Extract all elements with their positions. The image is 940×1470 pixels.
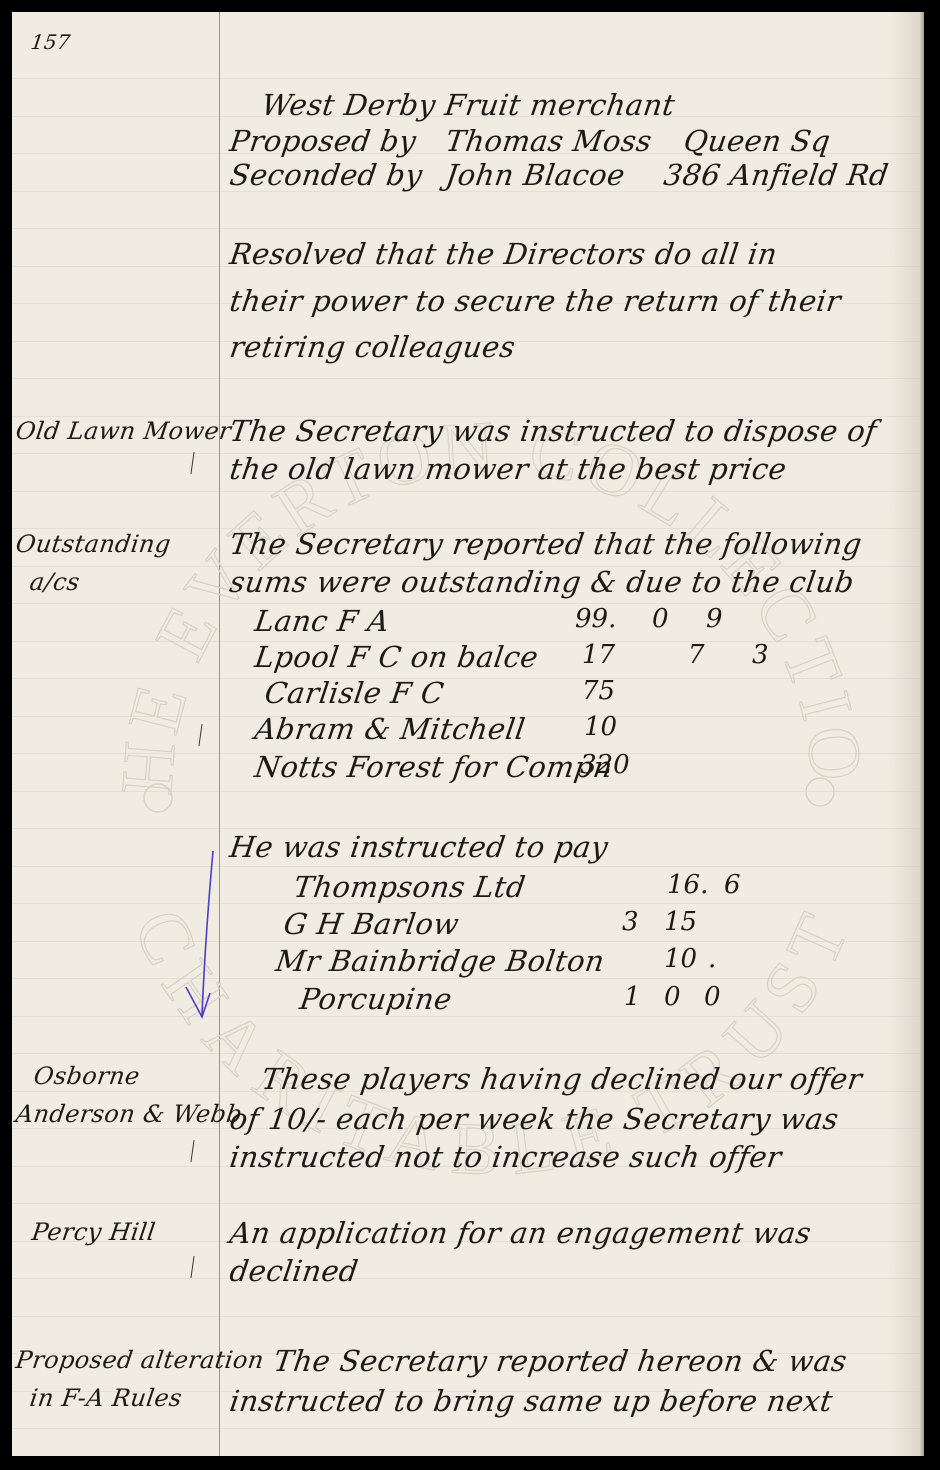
proposed-by-address: Queen Sq <box>682 124 833 158</box>
debtor-name: Notts Forest for Compn <box>253 750 615 784</box>
blue-pencil-arrow-icon <box>180 847 220 1027</box>
amount-pounds: 75 <box>582 676 615 706</box>
amount-shillings: 7 <box>688 640 705 670</box>
ruled-line <box>12 228 924 229</box>
debtor-name: Carlisle F C <box>263 676 447 710</box>
resolution-line: retiring colleagues <box>228 330 518 364</box>
amount-shillings: 10 <box>664 944 697 974</box>
payee-name: Mr Bainbridge Bolton <box>274 944 607 978</box>
amount-shillings: 16. <box>667 870 708 900</box>
payee-name: Porcupine <box>298 982 455 1016</box>
ruled-line <box>12 603 924 604</box>
entry-line: The Secretary reported that the followin… <box>228 527 865 561</box>
entry-line: The Secretary was instructed to dispose … <box>228 414 879 448</box>
margin-note-outstanding: Outstanding <box>14 530 173 558</box>
entry-line: An application for an engagement was <box>228 1216 814 1250</box>
margin-tick <box>190 1140 194 1162</box>
ruled-line <box>12 1278 924 1279</box>
ruled-line <box>12 866 924 867</box>
ruled-line <box>12 491 924 492</box>
amount-pounds: 1 <box>624 982 641 1012</box>
amount-shillings: 0 <box>652 604 669 634</box>
margin-note-percy-hill: Percy Hill <box>30 1218 157 1246</box>
ruled-line <box>12 791 924 792</box>
debtor-name: Lpool F C on balce <box>253 640 541 674</box>
entry-line: These players having declined our offer <box>260 1062 865 1096</box>
amount-pounds: 10 <box>584 712 617 742</box>
entry-line: sums were outstanding & due to the club <box>228 565 857 599</box>
margin-tick <box>190 1256 194 1278</box>
ruled-line <box>12 1016 924 1017</box>
resolution-line: Resolved that the Directors do all in <box>228 237 780 271</box>
amount-shillings: 0 <box>664 982 681 1012</box>
margin-note-anderson-webb: Anderson & Webb <box>14 1100 244 1128</box>
watermark-dot-icon <box>144 784 172 812</box>
amount-pounds: 99. <box>575 604 616 634</box>
amount-pounds: 17 <box>582 640 615 670</box>
ruled-line <box>12 1203 924 1204</box>
amount-pence: . <box>708 944 716 974</box>
pay-instruction: He was instructed to pay <box>228 830 611 864</box>
page-edge <box>920 12 924 1456</box>
margin-note-lawn-mower: Old Lawn Mower <box>14 417 233 445</box>
ruled-line <box>12 1053 924 1054</box>
seconded-by-label: Seconded by <box>228 158 425 192</box>
entry-line: declined <box>228 1254 361 1288</box>
margin-note-fa-rules: in F-A Rules <box>28 1384 184 1412</box>
resolution-line: their power to secure the return of thei… <box>228 284 844 318</box>
margin-tick <box>198 724 202 746</box>
entry-line: instructed not to increase such offer <box>228 1140 784 1174</box>
debtor-name: Abram & Mitchell <box>253 712 528 746</box>
ruled-line <box>12 941 924 942</box>
seconded-by-name: John Blacoe <box>444 158 628 192</box>
amount-pence: 6 <box>724 870 741 900</box>
ruled-line <box>12 678 924 679</box>
amount-pence: 9 <box>706 604 723 634</box>
entry-line: of 10/- each per week the Secretary was <box>228 1102 841 1136</box>
margin-note-proposed-alteration: Proposed alteration <box>14 1346 266 1374</box>
ledger-page: THE EVERTON COLLECTION CHARITABLE TRUST … <box>12 12 924 1456</box>
entry-line: the old lawn mower at the best price <box>228 452 789 486</box>
red-margin-line <box>219 12 220 1456</box>
ruled-line <box>12 1316 924 1317</box>
margin-note-accounts: a/cs <box>28 568 82 596</box>
margin-tick <box>190 452 194 474</box>
amount-pounds: 3 <box>622 907 639 937</box>
ruled-line <box>12 1428 924 1429</box>
entry-line: instructed to bring same up before next <box>228 1384 835 1418</box>
proposed-by-name: Thomas Moss <box>444 124 654 158</box>
amount-pence: 0 <box>704 982 721 1012</box>
entry-line: The Secretary reported hereon & was <box>272 1344 850 1378</box>
amount-shillings: 15 <box>664 907 697 937</box>
proposed-by-label: Proposed by <box>228 124 419 158</box>
debtor-name: Lanc F A <box>253 604 392 638</box>
ruled-line <box>12 828 924 829</box>
ruled-line <box>12 978 924 979</box>
seconded-by-address: 386 Anfield Rd <box>662 158 891 192</box>
amount-pounds: 320 <box>580 750 630 780</box>
payee-name: G H Barlow <box>282 907 462 941</box>
page-number: 157 <box>29 30 72 54</box>
ruled-line <box>12 78 924 79</box>
header-line-1: West Derby Fruit merchant <box>260 88 677 122</box>
payee-name: Thompsons Ltd <box>292 870 528 904</box>
margin-note-osborne: Osborne <box>32 1062 142 1090</box>
ruled-line <box>12 378 924 379</box>
amount-pence: 3 <box>752 640 769 670</box>
watermark-dot-icon <box>806 778 834 806</box>
